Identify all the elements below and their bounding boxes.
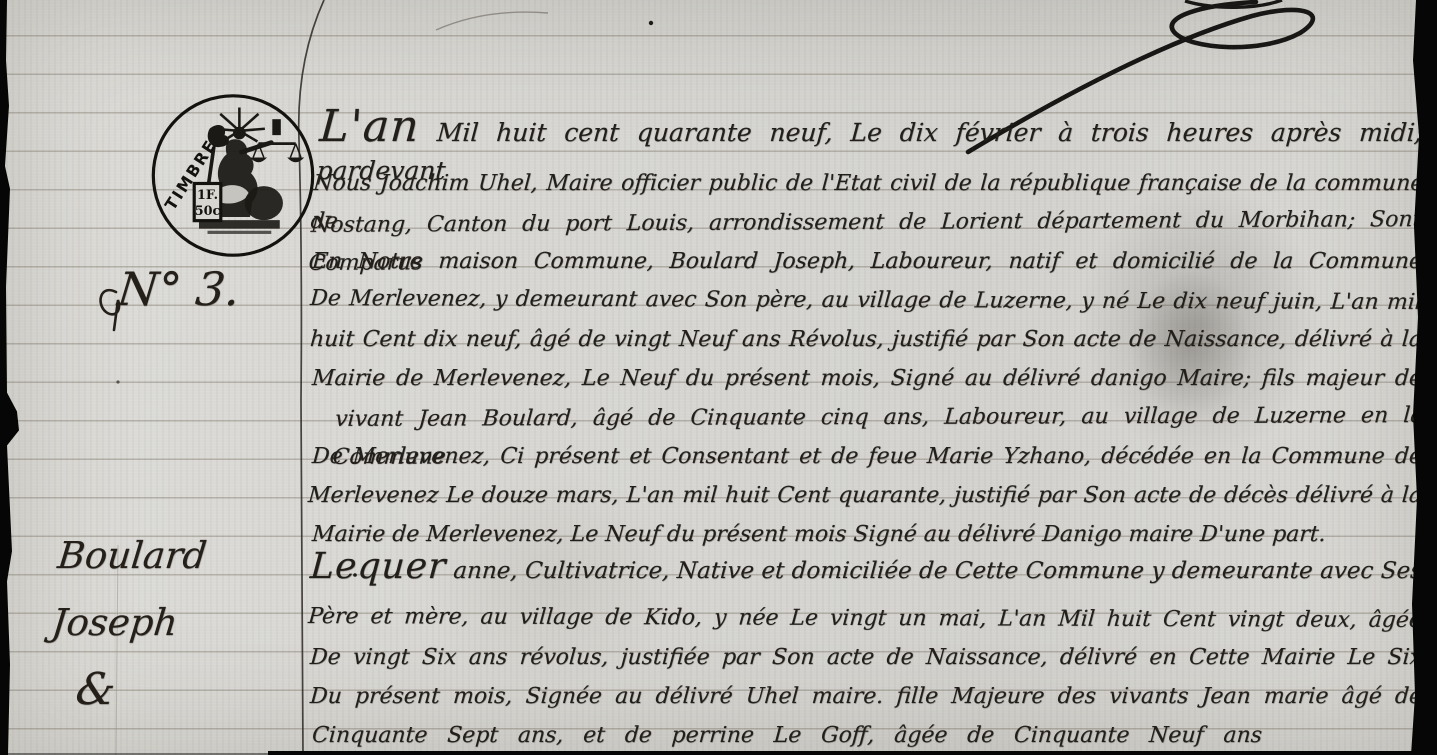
line-initial: Lequer	[309, 546, 448, 587]
margin-name-surname: Boulard	[56, 534, 209, 577]
handwriting-line: Père et mère, au village de Kido, y née …	[307, 598, 1424, 640]
handwriting-line: Lequer anne, Cultivatrice, Native et dom…	[309, 552, 1424, 590]
handwriting-line: De Merlevenez, y demeurant avec Son père…	[309, 280, 1424, 322]
act-number: N° 3.	[115, 262, 242, 316]
handwriting-line-cut: Cinquante Sept ans, et de perrine Le Gof…	[311, 717, 1264, 755]
handwriting-line: Merlevenez Le douze mars, L'an mil huit …	[307, 477, 1424, 515]
handwriting-line: Du présent mois, Signée au délivré Uhel …	[309, 678, 1424, 716]
handwriting-line: Mairie de Merlevenez, Le Neuf du présent…	[311, 360, 1424, 398]
handwriting-line: Mairie de Merlevenez, Le Neuf du présent…	[311, 516, 1327, 554]
revenue-stamp: 1F. 50c TIMBRE	[148, 88, 318, 263]
ink-dot	[116, 380, 119, 383]
scanned-civil-register-page: 1F. 50c TIMBRE N° 3. Boulard Joseph & L'…	[0, 0, 1437, 755]
handwriting-line: En Notre maison Commune, Boulard Joseph,…	[311, 243, 1424, 281]
line-text: anne, Cultivatrice, Native et domiciliée…	[452, 558, 1422, 584]
faint-arc-flourish	[436, 12, 548, 30]
handwriting-line: De vingt Six ans révolus, justifiée par …	[309, 639, 1424, 677]
stamp-value-tablet: 1F. 50c	[193, 182, 223, 222]
ink-dot	[649, 21, 653, 25]
scan-bottom-edge	[268, 751, 1437, 755]
margin-ampersand: &	[73, 664, 118, 715]
handwriting-line: De Merlevenez, Ci présent et Consentant …	[311, 438, 1424, 476]
margin-name-firstname: Joseph	[50, 601, 180, 644]
stamp-franc-value: 1F.	[197, 188, 218, 203]
handwriting-line: huit Cent dix neuf, âgé de vingt Neuf an…	[309, 321, 1424, 359]
line-initial: L'an	[318, 101, 421, 152]
stamp-cents-value: 50c	[195, 204, 221, 219]
